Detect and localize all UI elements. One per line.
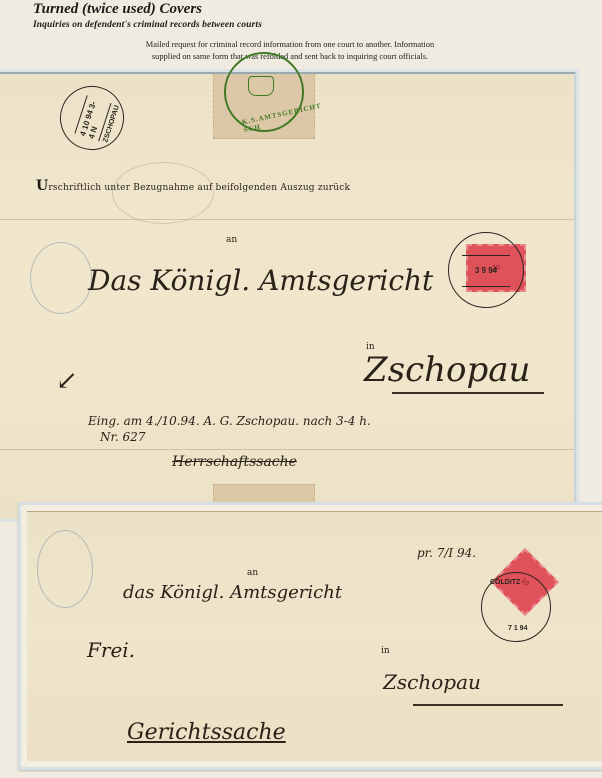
printed-in: in [381, 646, 390, 656]
addressee-script: Das Königl. Amtsgericht [88, 264, 433, 297]
cover-one: K.S.AMTSGERICHT SCH 4 10 94 3-4 N ZSCHOP… [0, 72, 576, 519]
bottom-script: Gerichtssache [127, 720, 286, 745]
caption-line-1: Mailed request for criminal record infor… [100, 39, 480, 51]
official-seal-label: K.S.AMTSGERICHT SCH [213, 74, 315, 139]
cover-two: pr. 7/I 94. an das Königl. Amtsgericht 1… [18, 502, 602, 770]
frei-script: Frei. [87, 638, 135, 662]
seal-text: K.S.AMTSGERICHT SCH [241, 102, 324, 134]
postmark-date: 3 9 94 [462, 255, 509, 287]
printed-an: an [226, 235, 237, 245]
printed-initial: U [36, 178, 48, 194]
receipt-note-line-2: Nr. 627 [100, 430, 145, 444]
city-script: Zschopau [364, 350, 530, 390]
postmark-scheibenberg: 3 9 94 [448, 232, 524, 308]
fold-line [0, 219, 574, 220]
printed-text: rschriftlich unter Bezugnahme auf beifol… [48, 183, 350, 193]
city-underline [413, 704, 563, 706]
struck-script: Herrschaftssache [172, 454, 297, 470]
city-underline [392, 392, 544, 394]
addressee-script: das Königl. Amtsgericht [123, 582, 342, 603]
printed-instruction: Urschriftlich unter Bezugnahme auf beifo… [36, 178, 350, 194]
crown-icon [248, 76, 274, 96]
faint-blue-postmark [30, 242, 92, 314]
faint-blue-oval [37, 530, 93, 608]
printed-an: an [247, 568, 258, 578]
reference-note: pr. 7/I 94. [417, 546, 476, 560]
page-title: Turned (twice used) Covers [33, 1, 202, 18]
description-caption: Mailed request for criminal record infor… [100, 39, 480, 63]
cover-two-paper: pr. 7/I 94. an das Königl. Amtsgericht 1… [27, 511, 602, 761]
postmark-date: 7 1 94 [508, 625, 527, 632]
fold-line [0, 449, 574, 450]
arrow-mark: ↙ [56, 366, 78, 396]
postmark-zschopau: 4 10 94 3-4 N ZSCHOPAU [52, 78, 133, 159]
seal-icon: K.S.AMTSGERICHT SCH [224, 52, 304, 132]
postmark-colditz: COLDITZ 7 1 94 [481, 572, 551, 642]
postmark-town: COLDITZ [490, 579, 520, 586]
page-subtitle: Inquiries on defendent's criminal record… [33, 20, 262, 30]
receipt-note-line-1: Eing. am 4./10.94. A. G. Zschopau. nach … [88, 414, 371, 428]
city-script: Zschopau [383, 670, 481, 694]
